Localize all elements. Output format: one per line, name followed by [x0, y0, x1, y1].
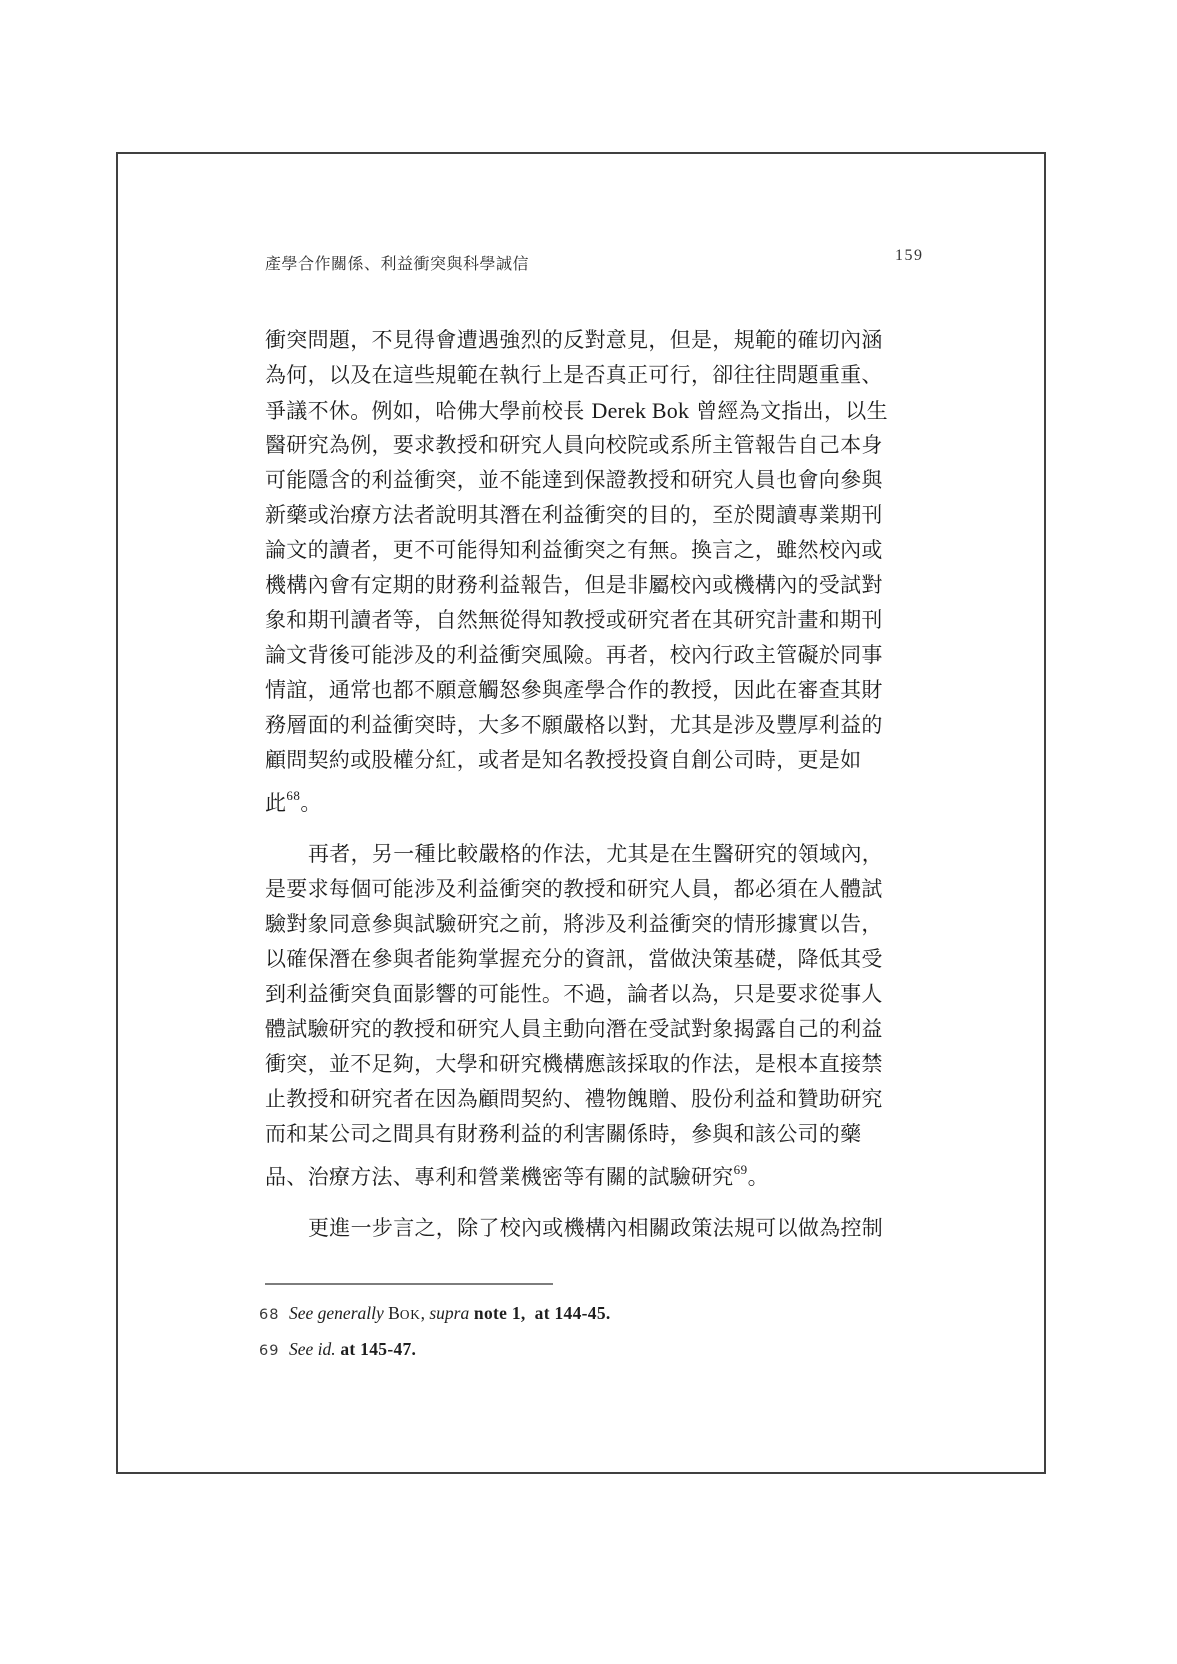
footnote-divider	[265, 1283, 553, 1285]
text-line: 衝突，並不足夠，大學和研究機構應該採取的作法，是根本直接禁	[265, 1047, 925, 1082]
footnote-segment: note 1, at 144-45.	[469, 1303, 610, 1323]
paragraph: 更進一步言之，除了校內或機構內相關政策法規可以做為控制	[265, 1211, 925, 1246]
page-number: 159	[895, 247, 924, 265]
footnote-segment: See generally	[289, 1303, 388, 1323]
footnote-number: 68	[259, 1302, 289, 1329]
footnote-reference: 69	[734, 1162, 748, 1177]
text-line: 再者，另一種比較嚴格的作法，尤其是在生醫研究的領域內，	[265, 837, 925, 872]
footnote-segment: B	[388, 1303, 400, 1323]
text-line: 為何，以及在這些規範在執行上是否真正可行，卻往往問題重重、	[265, 358, 925, 393]
footnote-segment: supra	[429, 1303, 469, 1323]
text-line: 爭議不休。例如，哈佛大學前校長 Derek Bok 曾經為文指出，以生	[265, 393, 925, 428]
text-line: 是要求每個可能涉及利益衝突的教授和研究人員，都必須在人體試	[265, 872, 925, 907]
latin-text: Derek Bok	[591, 398, 689, 423]
text-line: 醫研究為例，要求教授和研究人員向校院或系所主管報告自己本身	[265, 428, 925, 463]
paragraph: 再者，另一種比較嚴格的作法，尤其是在生醫研究的領域內，是要求每個可能涉及利益衝突…	[265, 837, 925, 1187]
text-line: 以確保潛在參與者能夠掌握充分的資訊，當做決策基礎，降低其受	[265, 942, 925, 977]
text-line: 品、治療方法、專利和營業機密等有關的試驗研究69。	[265, 1152, 925, 1187]
text-line: 情誼，通常也都不願意觸怒參與產學合作的教授，因此在審查其財	[265, 673, 925, 708]
text-line: 可能隱含的利益衝突，並不能達到保證教授和研究人員也會向參與	[265, 463, 925, 498]
footnote-text: See id. at 145-47.	[289, 1336, 416, 1363]
text-line: 更進一步言之，除了校內或機構內相關政策法規可以做為控制	[265, 1211, 925, 1246]
text-line: 論文的讀者，更不可能得知利益衝突之有無。換言之，雖然校內或	[265, 533, 925, 568]
footnote-number: 69	[259, 1338, 289, 1365]
text-line: 務層面的利益衝突時，大多不願嚴格以對，尤其是涉及豐厚利益的	[265, 708, 925, 743]
text-line: 而和某公司之間具有財務利益的利害關係時，參與和該公司的藥	[265, 1117, 925, 1152]
page: 產學合作關係、利益衝突與科學誠信 159 衝突問題，不見得會遭遇強烈的反對意見，…	[116, 152, 1046, 1474]
text-line: 體試驗研究的教授和研究人員主動向潛在受試對象揭露自己的利益	[265, 1012, 925, 1047]
footnote-segment: See id.	[289, 1339, 336, 1359]
text-line: 衝突問題，不見得會遭遇強烈的反對意見，但是，規範的確切內涵	[265, 323, 925, 358]
text-line: 象和期刊讀者等，自然無從得知教授或研究者在其研究計畫和期刊	[265, 603, 925, 638]
footnote-text: See generally BOK, supra note 1, at 144-…	[289, 1300, 611, 1328]
text-line: 顧問契約或股權分紅，或者是知名教授投資自創公司時，更是如	[265, 743, 925, 778]
scanned-paper-page: 產學合作關係、利益衝突與科學誠信 159 衝突問題，不見得會遭遇強烈的反對意見，…	[0, 0, 1177, 1664]
text-line: 驗對象同意參與試驗研究之前，將涉及利益衝突的情形據實以告，	[265, 907, 925, 942]
running-header-title: 產學合作關係、利益衝突與科學誠信	[265, 251, 529, 274]
footnote-segment: OK	[400, 1307, 421, 1322]
text-line: 機構內會有定期的財務利益報告，但是非屬校內或機構內的受試對	[265, 568, 925, 603]
text-line: 此68。	[265, 778, 925, 813]
footnote-item: 69See id. at 145-47.	[259, 1336, 611, 1365]
footnote-item: 68See generally BOK, supra note 1, at 14…	[259, 1300, 611, 1329]
text-line: 止教授和研究者在因為顧問契約、禮物餽贈、股份利益和贊助研究	[265, 1082, 925, 1117]
footnote-reference: 68	[286, 788, 300, 803]
footnote-segment: at 145-47.	[336, 1339, 417, 1359]
footnotes: 68See generally BOK, supra note 1, at 14…	[259, 1300, 611, 1372]
text-line: 新藥或治療方法者說明其潛在利益衝突的目的，至於閱讀專業期刊	[265, 498, 925, 533]
text-line: 到利益衝突負面影響的可能性。不過，論者以為，只是要求從事人	[265, 977, 925, 1012]
paragraph: 衝突問題，不見得會遭遇強烈的反對意見，但是，規範的確切內涵為何，以及在這些規範在…	[265, 323, 925, 813]
body-text: 衝突問題，不見得會遭遇強烈的反對意見，但是，規範的確切內涵為何，以及在這些規範在…	[265, 323, 925, 1246]
text-line: 論文背後可能涉及的利益衝突風險。再者，校內行政主管礙於同事	[265, 638, 925, 673]
